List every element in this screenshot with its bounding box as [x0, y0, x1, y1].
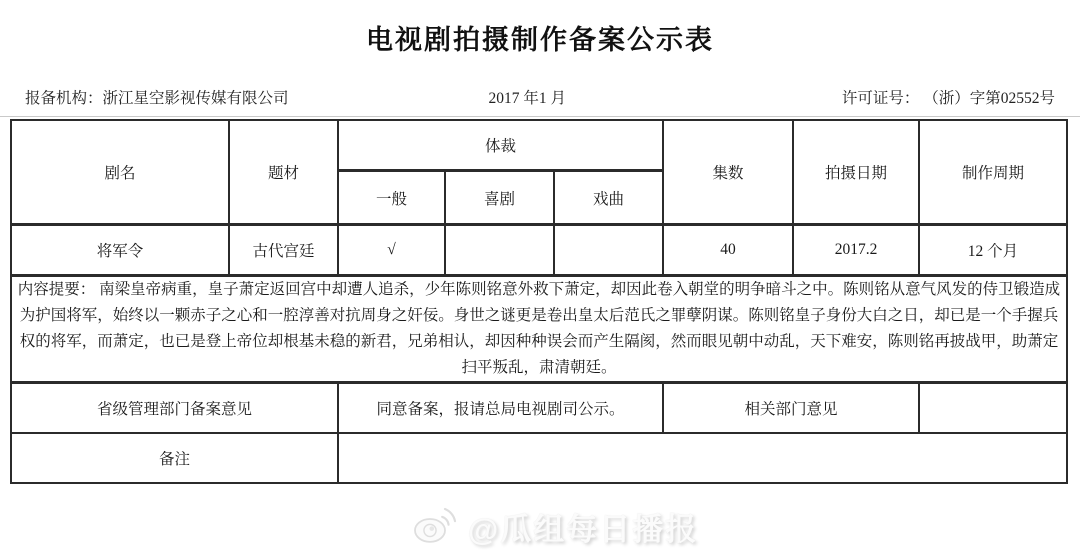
table-header-row-1: 剧名 题材 体裁 集数 拍摄日期 制作周期: [11, 120, 1067, 171]
header-genre-comedy: 喜剧: [445, 171, 554, 225]
header-episodes: 集数: [663, 120, 793, 225]
cell-subject: 古代宫廷: [229, 225, 338, 276]
page-title: 电视剧拍摄制作备案公示表: [0, 18, 1080, 57]
header-divider: [0, 116, 1080, 117]
watermark-text: @瓜组每日播报: [468, 504, 698, 549]
header-shoot-date: 拍摄日期: [793, 120, 919, 225]
meta-date: 2017 年1 月: [489, 86, 567, 108]
meta-license: 许可证号： （浙）字第02552号: [842, 86, 1055, 108]
cell-genre-general: √: [338, 225, 445, 276]
synopsis-row: 内容提要： 南梁皇帝病重，皇子萧定返回宫中却遭人追杀，少年陈则铭意外救下萧定，却…: [11, 276, 1067, 383]
opinion-row: 省级管理部门备案意见 同意备案，报请总局电视剧司公示。 相关部门意见: [11, 383, 1067, 434]
header-production-cycle: 制作周期: [919, 120, 1067, 225]
related-opinion-label-cell: 相关部门意见: [663, 383, 919, 434]
watermark: @瓜组每日播报: [412, 504, 698, 549]
header-drama-name: 剧名: [11, 120, 229, 225]
cell-genre-opera: [554, 225, 663, 276]
registration-table: 剧名 题材 体裁 集数 拍摄日期 制作周期 一般 喜剧 戏曲 将军令 古代宫廷 …: [10, 119, 1068, 484]
table-data-row: 将军令 古代宫廷 √ 40 2017.2 12 个月: [11, 225, 1067, 276]
weibo-icon: [412, 504, 458, 549]
header-subject: 题材: [229, 120, 338, 225]
cell-production-cycle: 12 个月: [919, 225, 1067, 276]
document-page: 电视剧拍摄制作备案公示表 报备机构：浙江星空影视传媒有限公司 2017 年1 月…: [0, 0, 1080, 557]
cell-genre-comedy: [445, 225, 554, 276]
header-genre-opera: 戏曲: [554, 171, 663, 225]
meta-row: 报备机构：浙江星空影视传媒有限公司 2017 年1 月 许可证号： （浙）字第0…: [25, 86, 1055, 108]
remarks-row: 备注: [11, 433, 1067, 483]
synopsis-cell: 内容提要： 南梁皇帝病重，皇子萧定返回宫中却遭人追杀，少年陈则铭意外救下萧定，却…: [11, 276, 1067, 383]
cell-shoot-date: 2017.2: [793, 225, 919, 276]
cell-drama-name: 将军令: [11, 225, 229, 276]
header-genre-general: 一般: [338, 171, 445, 225]
provincial-opinion-value-cell: 同意备案，报请总局电视剧司公示。: [338, 383, 663, 434]
remarks-value-cell: [338, 433, 1067, 483]
meta-agency: 报备机构：浙江星空影视传媒有限公司: [25, 86, 289, 108]
cell-episodes: 40: [663, 225, 793, 276]
header-genre: 体裁: [338, 120, 663, 171]
related-opinion-value-cell: [919, 383, 1067, 434]
remarks-label-cell: 备注: [11, 433, 338, 483]
provincial-opinion-label-cell: 省级管理部门备案意见: [11, 383, 338, 434]
